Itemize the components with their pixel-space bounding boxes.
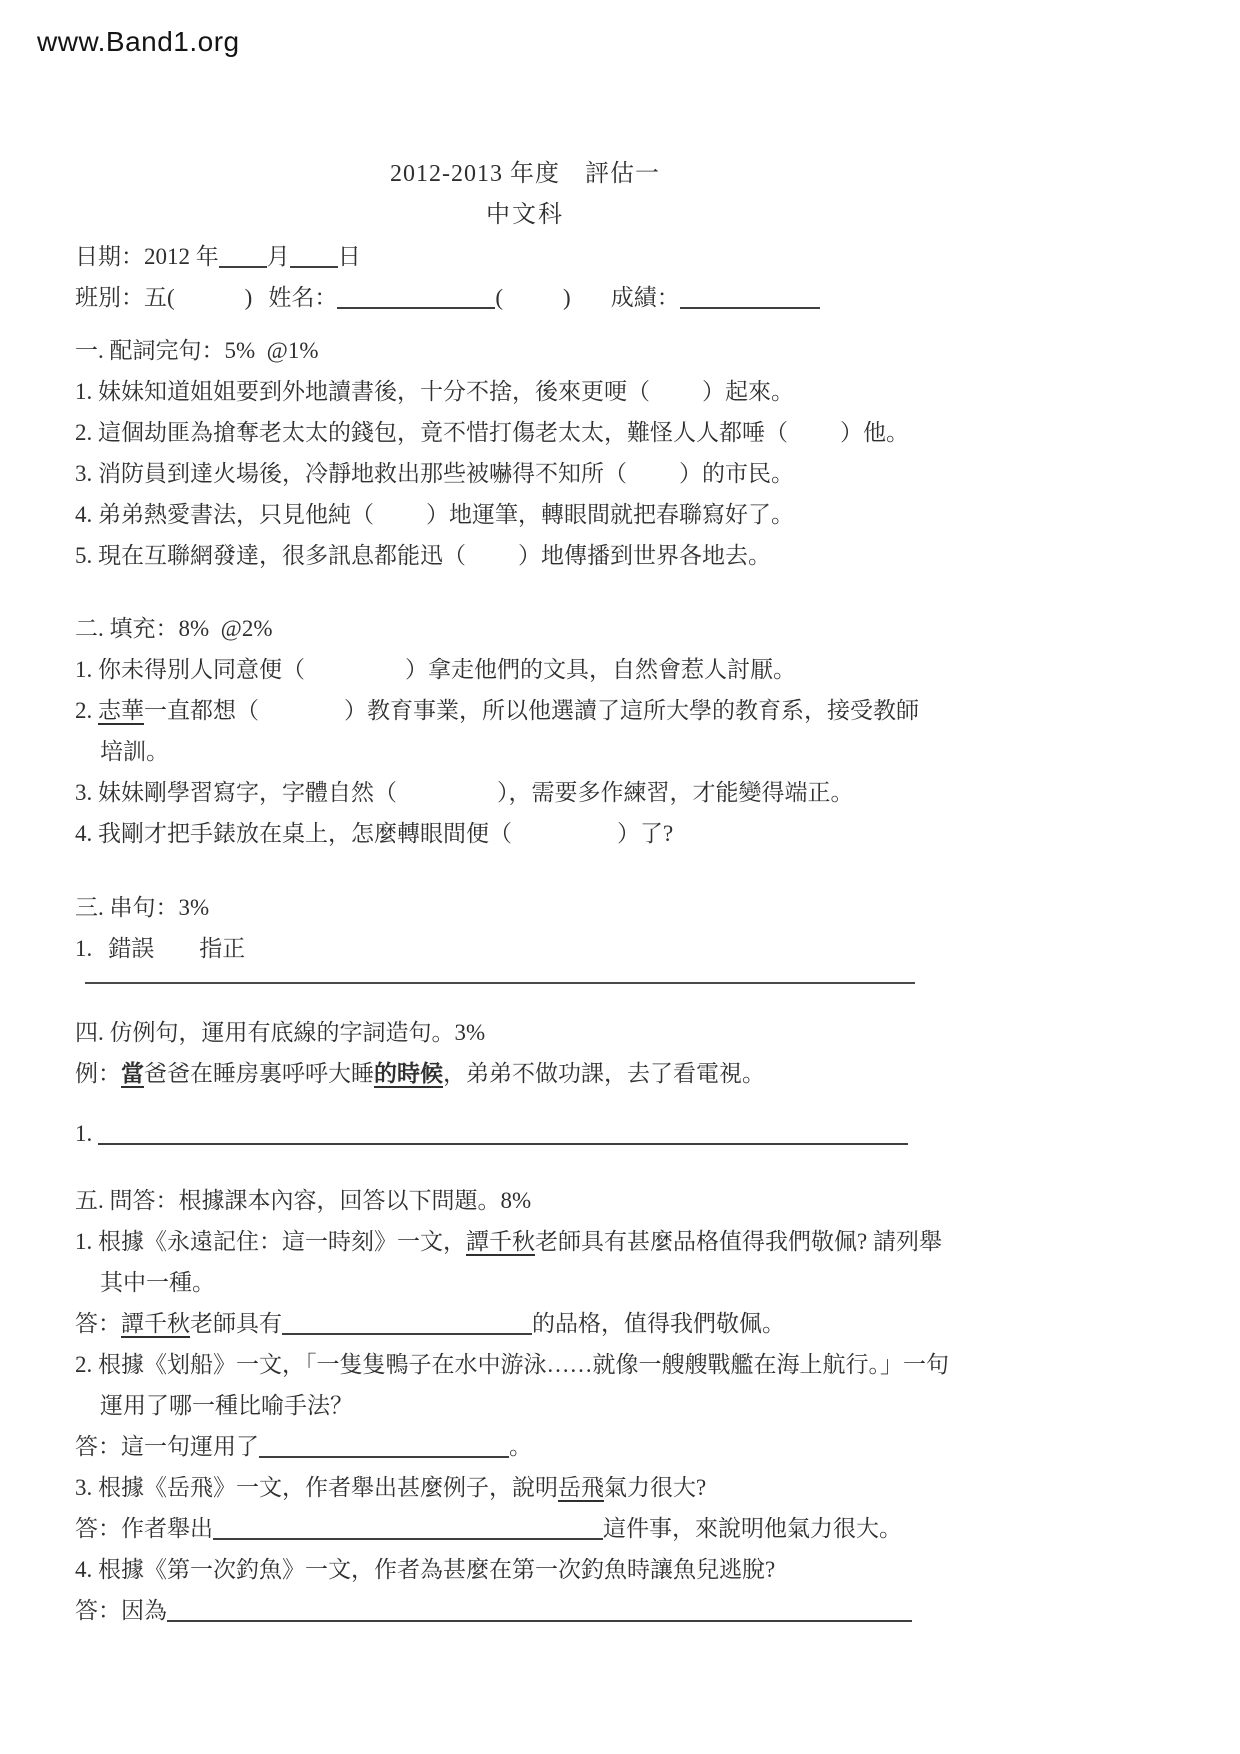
s5-q2: 2. 根據《划船》一文，「一隻隻鴨子在水中游泳……就像一艘艘戰艦在海上航行。」一… xyxy=(75,1344,975,1385)
s1-item-2: 2. 這個劫匪為搶奪老太太的錢包，竟不惜打傷老太太，難怪人人都唾（）他。 xyxy=(75,412,975,453)
s4-example-text: 爸爸在睡房裏呼呼大睡 xyxy=(144,1061,374,1086)
s1-item-4-text: 4. 弟弟熱愛書法，只見他純（ xyxy=(75,502,374,527)
s5-a3: 答：作者舉出這件事，來說明他氣力很大。 xyxy=(75,1508,975,1549)
s1-item-1: 1. 妹妹知道姐姐要到外地讀書後，十分不捨，後來更哽（）起來。 xyxy=(75,371,975,412)
s5-a1-underlined-name: 譚千秋 xyxy=(121,1311,190,1336)
s3-answer-rule xyxy=(85,981,915,984)
class-label: 班別：五( xyxy=(75,285,175,310)
section1-heading: 一. 配詞完句：5% @1% xyxy=(75,330,975,371)
answer-blank xyxy=(213,1520,603,1540)
s4-example-underlined-1: 當 xyxy=(121,1061,144,1086)
s5-a1-tail: 的品格，值得我們敬佩。 xyxy=(532,1311,785,1336)
s1-item-3-tail: ）的市民。 xyxy=(679,461,794,486)
s3-row: 1.錯誤指正 xyxy=(75,928,975,969)
s2-item-2-continuation: 培訓。 xyxy=(75,731,975,772)
s1-item-4: 4. 弟弟熱愛書法，只見他純（）地運筆，轉眼間就把春聯寫好了。 xyxy=(75,494,975,535)
s5-a1-label: 答： xyxy=(75,1311,121,1336)
s2-item-2: 2. 志華一直都想（）教育事業，所以他選讀了這所大學的教育系，接受教師 xyxy=(75,690,975,731)
s2-item-4-text: 4. 我剛才把手錶放在桌上，怎麼轉眼間便（ xyxy=(75,821,512,846)
s3-row-num: 1. xyxy=(75,936,92,961)
date-day-blank xyxy=(290,248,338,268)
name-paren-open: ( xyxy=(495,285,503,310)
scanned-exam-page: www.Band1.org 2012-2013 年度 評估一 中文科 日期：20… xyxy=(0,0,1240,1754)
s5-q3-tail: 氣力很大? xyxy=(604,1475,706,1500)
score-blank xyxy=(680,289,820,309)
s1-item-4-tail: ）地運筆，轉眼間就把春聯寫好了。 xyxy=(426,502,794,527)
s1-item-5-tail: ）地傳播到世界各地去。 xyxy=(518,543,771,568)
s5-q1-text: 1. 根據《永遠記住：這一時刻》一文， xyxy=(75,1229,466,1254)
s2-item-2-tail: ）教育事業，所以他選讀了這所大學的教育系，接受教師 xyxy=(344,698,919,723)
s5-q1: 1. 根據《永遠記住：這一時刻》一文，譚千秋老師具有甚麼品格值得我們敬佩? 請列… xyxy=(75,1221,975,1262)
s4-example-label: 例： xyxy=(75,1061,121,1086)
date-day-label: 日 xyxy=(338,244,361,269)
s5-q3: 3. 根據《岳飛》一文，作者舉出甚麼例子，說明岳飛氣力很大? xyxy=(75,1467,975,1508)
section4-heading: 四. 仿例句，運用有底線的字詞造句。3% xyxy=(75,1012,975,1053)
name-blank xyxy=(337,289,495,309)
s2-item-1-tail: ）拿走他們的文具，自然會惹人討厭。 xyxy=(405,657,796,682)
name-label: 姓名： xyxy=(268,285,337,310)
s1-item-2-text: 2. 這個劫匪為搶奪老太太的錢包，竟不惜打傷老太太，難怪人人都唾（ xyxy=(75,420,788,445)
s1-item-3-text: 3. 消防員到達火場後，冷靜地救出那些被嚇得不知所（ xyxy=(75,461,627,486)
section2-heading: 二. 填充：8% @2% xyxy=(75,608,975,649)
s5-q2-continuation: 運用了哪一種比喻手法？ xyxy=(75,1385,975,1426)
name-paren-close: ) xyxy=(563,285,571,310)
s5-q1-tail: 老師具有甚麼品格值得我們敬佩? 請列舉 xyxy=(535,1229,942,1254)
date-line: 日期：2012 年月日 xyxy=(75,236,975,277)
s4-item-1-num: 1. xyxy=(75,1121,98,1146)
s2-item-4-tail: ）了? xyxy=(617,821,673,846)
s3-wrong-label: 錯誤 xyxy=(108,936,154,961)
s1-item-1-tail: ）起來。 xyxy=(702,379,794,404)
section5-heading: 五. 問答：根據課本內容，回答以下問題。8% xyxy=(75,1180,975,1221)
s2-item-2-underlined-name: 志華 xyxy=(98,698,144,723)
section3-heading: 三. 串句：3% xyxy=(75,887,975,928)
s5-q3-underlined-name: 岳飛 xyxy=(558,1475,604,1500)
s2-item-1-text: 1. 你未得別人同意便（ xyxy=(75,657,305,682)
s1-item-1-text: 1. 妹妹知道姐姐要到外地讀書後，十分不捨，後來更哽（ xyxy=(75,379,650,404)
s5-q4: 4. 根據《第一次釣魚》一文，作者為甚麼在第一次釣魚時讓魚兒逃脫? xyxy=(75,1549,975,1590)
s1-item-3: 3. 消防員到達火場後，冷靜地救出那些被嚇得不知所（）的市民。 xyxy=(75,453,975,494)
answer-blank xyxy=(98,1125,908,1145)
s5-a2-tail: 。 xyxy=(509,1434,532,1459)
s5-a4-text: 答：因為 xyxy=(75,1598,167,1623)
s5-a2-text: 答：這一句運用了 xyxy=(75,1434,259,1459)
s3-correct-label: 指正 xyxy=(199,936,245,961)
s5-a4: 答：因為 xyxy=(75,1590,975,1631)
s4-example: 例：當爸爸在睡房裏呼呼大睡的時候，弟弟不做功課，去了看電視。 xyxy=(75,1053,975,1094)
s2-item-2-text: 一直都想（ xyxy=(144,698,259,723)
class-name-score-line: 班別：五()姓名：()成績： xyxy=(75,277,975,318)
s2-item-3: 3. 妹妹剛學習寫字，字體自然（），需要多作練習，才能變得端正。 xyxy=(75,772,975,813)
date-month-blank xyxy=(219,248,267,268)
s2-item-3-tail: ），需要多作練習，才能變得端正。 xyxy=(497,780,854,805)
answer-blank xyxy=(282,1315,532,1335)
s5-a3-text: 答：作者舉出 xyxy=(75,1516,213,1541)
s5-q1-continuation: 其中一種。 xyxy=(75,1262,975,1303)
s1-item-5-text: 5. 現在互聯網發達，很多訊息都能迅（ xyxy=(75,543,466,568)
s5-q3-text: 3. 根據《岳飛》一文，作者舉出甚麼例子，說明 xyxy=(75,1475,558,1500)
score-label: 成績： xyxy=(611,285,680,310)
s5-a1: 答：譚千秋老師具有的品格，值得我們敬佩。 xyxy=(75,1303,975,1344)
s4-item-1: 1. xyxy=(75,1113,975,1154)
s2-item-4: 4. 我剛才把手錶放在桌上，怎麼轉眼間便（）了? xyxy=(75,813,975,854)
s5-q1-underlined-name: 譚千秋 xyxy=(466,1229,535,1254)
s2-item-1: 1. 你未得別人同意便（）拿走他們的文具，自然會惹人討厭。 xyxy=(75,649,975,690)
exam-year-title: 2012-2013 年度 評估一 xyxy=(75,154,975,195)
date-month-label: 月 xyxy=(267,244,290,269)
date-label: 日期：2012 年 xyxy=(75,244,219,269)
answer-blank xyxy=(167,1602,912,1622)
s2-item-2-num: 2. xyxy=(75,698,98,723)
s1-item-2-tail: ）他。 xyxy=(840,420,909,445)
s4-example-tail: ，弟弟不做功課，去了看電視。 xyxy=(443,1061,765,1086)
subject-title: 中文科 xyxy=(75,195,975,236)
s2-item-3-text: 3. 妹妹剛學習寫字，字體自然（ xyxy=(75,780,397,805)
s5-a1-text: 老師具有 xyxy=(190,1311,282,1336)
answer-blank xyxy=(259,1438,509,1458)
s4-example-underlined-2: 的時候 xyxy=(374,1061,443,1086)
s5-a2: 答：這一句運用了。 xyxy=(75,1426,975,1467)
watermark-text: www.Band1.org xyxy=(37,0,1240,62)
s1-item-5: 5. 現在互聯網發達，很多訊息都能迅（）地傳播到世界各地去。 xyxy=(75,535,975,576)
class-paren-close: ) xyxy=(245,285,253,310)
exam-content: 2012-2013 年度 評估一 中文科 日期：2012 年月日 班別：五()姓… xyxy=(75,154,975,1631)
s5-a3-tail: 這件事，來說明他氣力很大。 xyxy=(603,1516,902,1541)
